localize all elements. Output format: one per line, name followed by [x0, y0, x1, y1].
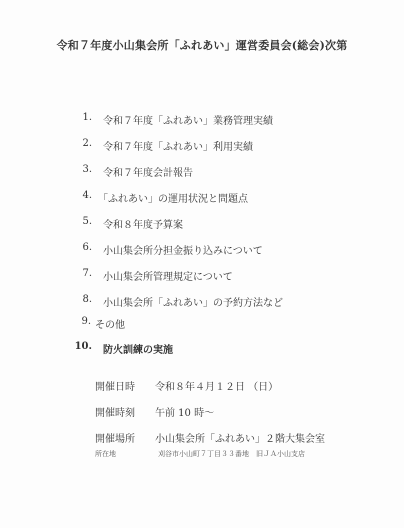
agenda-number: 6.: [70, 242, 92, 253]
document-title: 令和７年度小山集会所「ふれあい」運営委員会(総会)次第: [0, 37, 404, 53]
agenda-text: 令和７年度会計報告: [103, 164, 193, 179]
agenda-number: 9.: [70, 316, 91, 327]
detail-value: 小山集会所「ふれあい」２階大集会室: [155, 430, 325, 445]
agenda-text: 防火訓練の実施: [103, 341, 173, 356]
agenda-text: 小山集会所管理規定について: [103, 268, 233, 283]
detail-value: 刈谷市小山町７丁目３３番地 旧ＪＡ小山支店: [158, 449, 305, 459]
agenda-text: 令和８年度予算案: [103, 216, 183, 231]
detail-label: 開催日時: [95, 378, 135, 393]
detail-value: 午前 10 時～: [155, 404, 214, 419]
agenda-number: 7.: [70, 268, 92, 279]
agenda-text: 令和７年度「ふれあい」業務管理実績: [103, 112, 273, 127]
agenda-text: 「ふれあい」の運用状況と問題点: [98, 190, 248, 205]
agenda-number: 2.: [70, 138, 92, 149]
agenda-number: 1.: [70, 112, 92, 123]
detail-label: 開催場所: [95, 430, 135, 445]
agenda-number: 4.: [70, 190, 92, 201]
agenda-number: 8.: [70, 294, 92, 305]
agenda-text: 小山集会所分担金振り込みについて: [103, 242, 263, 257]
agenda-text: その他: [95, 316, 125, 331]
detail-label: 開催時刻: [95, 404, 135, 419]
detail-value: 令和８年４月１２日 （日）: [155, 378, 278, 393]
detail-label: 所在地: [95, 449, 116, 459]
agenda-number: 3.: [70, 164, 92, 175]
agenda-number: 10.: [60, 341, 92, 352]
agenda-text: 令和７年度「ふれあい」利用実績: [103, 138, 253, 153]
agenda-text: 小山集会所「ふれあい」の予約方法など: [103, 294, 283, 309]
agenda-number: 5.: [70, 216, 92, 227]
